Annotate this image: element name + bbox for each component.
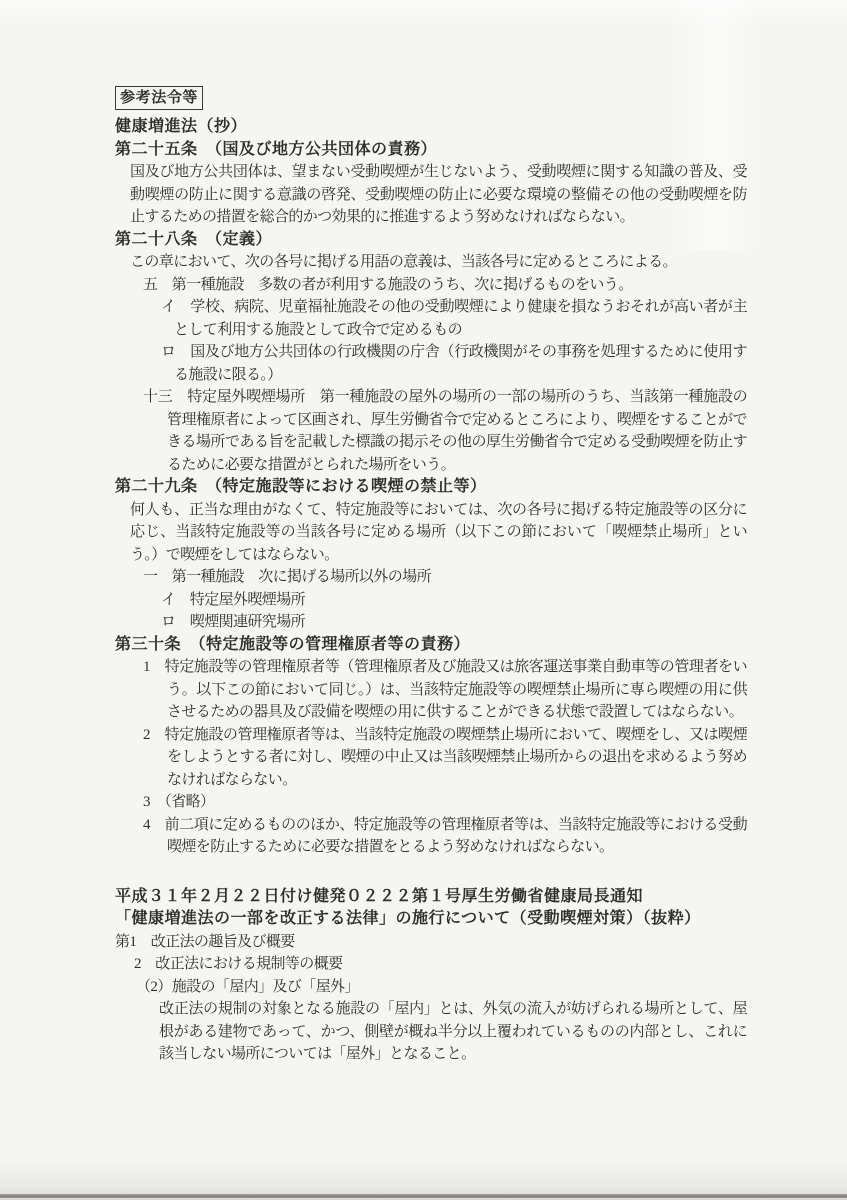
scanned-document-page: 参考法令等健康増進法（抄）第二十五条 （国及び地方公共団体の責務）国及び地方公共… xyxy=(0,0,847,1200)
article-heading: 第三十条 （特定施設等の管理権原者等の責務） xyxy=(115,634,747,657)
list-item: 五 第一種施設 多数の者が利用する施設のうち、次に掲げるものをいう。 xyxy=(115,274,747,297)
notice-heading: 平成３１年２月２２日付け健発０２２２第１号厚生労働省健康局長通知 xyxy=(115,886,747,909)
list-item: 3 （省略） xyxy=(115,791,747,814)
list-item: 4 前二項に定めるもののほか、特定施設等の管理権原者等は、当該特定施設等における… xyxy=(115,814,747,859)
notice-section-line: 第1 改正法の趣旨及び概要 xyxy=(115,931,747,954)
article-heading: 第二十九条 （特定施設等における喫煙の禁止等） xyxy=(115,476,747,499)
reference-laws-tag-box: 参考法令等 xyxy=(115,86,203,110)
sub-list-item: ロ 喫煙関連研究場所 xyxy=(115,611,747,634)
list-item: 2 特定施設の管理権原者等は、当該特定施設の喫煙禁止場所において、喫煙をし、又は… xyxy=(115,724,747,792)
notice-subsection-line: （2）施設の「屋内」及び「屋外」 xyxy=(115,976,747,999)
article-heading: 第二十八条 （定義） xyxy=(115,229,747,252)
sub-list-item: ロ 国及び地方公共団体の行政機関の庁舎（行政機関がその事務を処理するために使用す… xyxy=(115,341,747,386)
notice-subsection-line: 2 改正法における規制等の概要 xyxy=(115,953,747,976)
list-item: 一 第一種施設 次に掲げる場所以外の場所 xyxy=(115,566,747,589)
list-item: 1 特定施設等の管理権原者等（管理権原者及び施設又は旅客運送事業自動車等の管理者… xyxy=(115,656,747,724)
document-content: 参考法令等健康増進法（抄）第二十五条 （国及び地方公共団体の責務）国及び地方公共… xyxy=(115,86,747,1066)
notice-paragraph: 改正法の規制の対象となる施設の「屋内」とは、外気の流入が妨げられる場所として、屋… xyxy=(115,998,747,1066)
list-item: 十三 特定屋外喫煙場所 第一種施設の屋外の場所の一部の場所のうち、当該第一種施設… xyxy=(115,386,747,476)
article-paragraph: この章において、次の各号に掲げる用語の意義は、当該各号に定めるところによる。 xyxy=(115,251,747,274)
article-paragraph: 国及び地方公共団体は、望まない受動喫煙が生じないよう、受動喫煙に関する知識の普及… xyxy=(115,161,747,229)
sub-list-item: イ 学校、病院、児童福祉施設その他の受動喫煙により健康を損なうおそれが高い者が主… xyxy=(115,296,747,341)
reference-laws-tag: 参考法令等 xyxy=(115,86,747,110)
sub-list-item: イ 特定屋外喫煙場所 xyxy=(115,589,747,612)
article-heading: 第二十五条 （国及び地方公共団体の責務） xyxy=(115,139,747,162)
article-paragraph: 何人も、正当な理由がなくて、特定施設等においては、次の各号に掲げる特定施設等の区… xyxy=(115,499,747,567)
law-title: 健康増進法（抄） xyxy=(115,116,747,139)
scan-bottom-edge xyxy=(0,1194,847,1198)
notice-heading: 「健康増進法の一部を改正する法律」の施行について（受動喫煙対策）（抜粋） xyxy=(115,908,747,931)
